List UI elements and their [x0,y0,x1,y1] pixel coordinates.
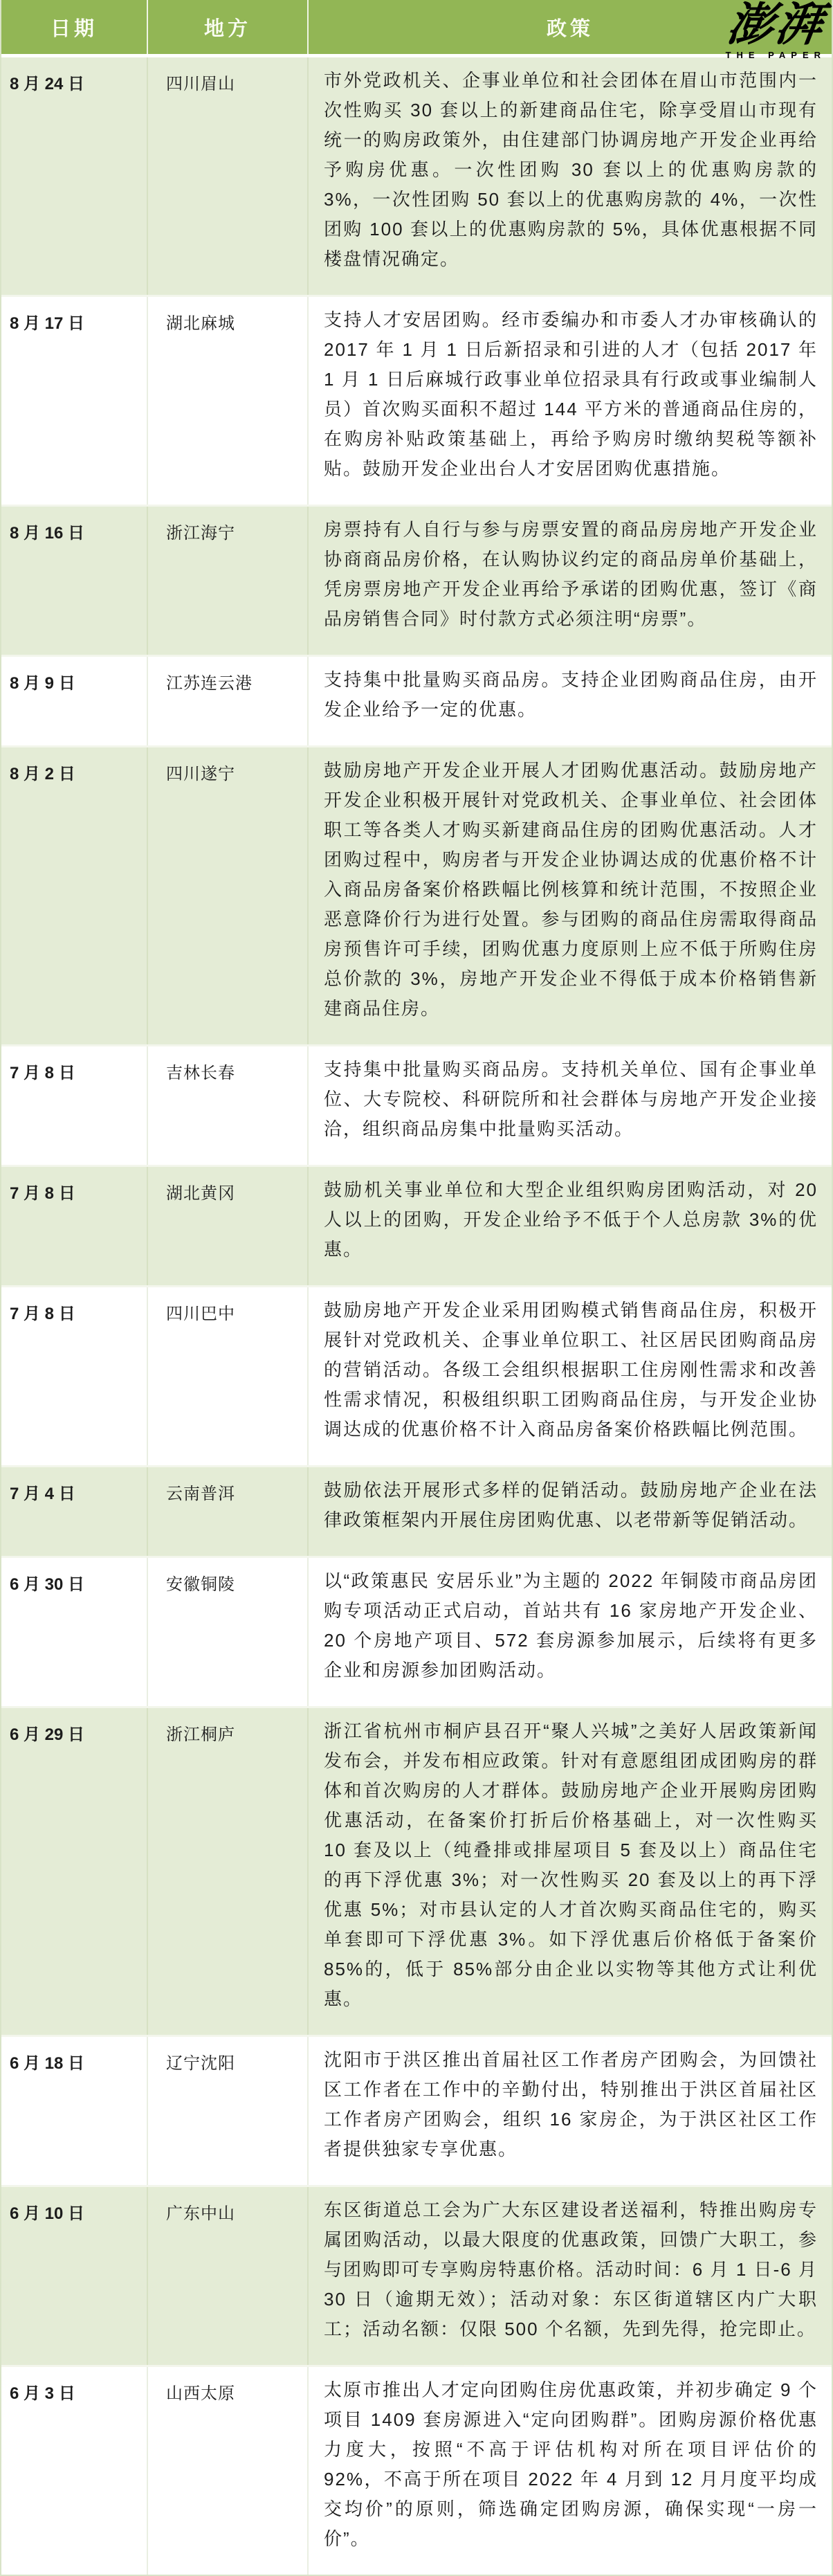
policy-cell: 支持人才安居团购。经市委编办和市委人才办审核确认的 2017 年 1 月 1 日… [309,297,832,505]
policy-cell: 鼓励机关事业单位和大型企业组织购房团购活动，对 20 人以上的团购，开发企业给予… [309,1167,832,1285]
date-cell: 8 月 16 日 [1,507,148,655]
table-row: 7 月 4 日 云南普洱 鼓励依法开展形式多样的促销活动。鼓励房地产企业在法律政… [1,1465,832,1556]
policy-cell: 太原市推出人才定向团购住房优惠政策，并初步确定 9 个项目 1409 套房源进入… [309,2367,832,2575]
date-cell: 6 月 10 日 [1,2187,148,2365]
policy-cell: 鼓励房地产开发企业采用团购模式销售商品住房，积极开展针对党政机关、企事业单位职工… [309,1287,832,1465]
date-cell: 7 月 4 日 [1,1467,148,1556]
policy-cell: 东区街道总工会为广大东区建设者送福利，特推出购房专属团购活动，以最大限度的优惠政… [309,2187,832,2365]
header-policy: 政策 [309,0,832,54]
date-cell: 7 月 8 日 [1,1287,148,1465]
policy-cell: 房票持有人自行与参与房票安置的商品房房地产开发企业协商商品房价格，在认购协议约定… [309,507,832,655]
header-place: 地方 [148,0,309,54]
table-row: 7 月 8 日 湖北黄冈 鼓励机关事业单位和大型企业组织购房团购活动，对 20 … [1,1165,832,1285]
date-cell: 7 月 8 日 [1,1046,148,1165]
table-row: 8 月 9 日 江苏连云港 支持集中批量购买商品房。支持企业团购商品住房，由开发… [1,655,832,745]
place-cell: 辽宁沈阳 [148,2037,309,2185]
place-cell: 湖北麻城 [148,297,309,505]
policy-cell: 支持集中批量购买商品房。支持机关单位、国有企事业单位、大专院校、科研院所和社会群… [309,1046,832,1165]
policy-table: 日期 地方 政策 8 月 24 日 四川眉山 市外党政机关、企事业单位和社会团体… [0,0,833,2576]
table-row: 6 月 3 日 山西太原 太原市推出人才定向团购住房优惠政策，并初步确定 9 个… [1,2365,832,2575]
table-row: 8 月 17 日 湖北麻城 支持人才安居团购。经市委编办和市委人才办审核确认的 … [1,295,832,505]
place-cell: 云南普洱 [148,1467,309,1556]
place-cell: 四川眉山 [148,57,309,295]
table-row: 8 月 2 日 四川遂宁 鼓励房地产开发企业开展人才团购优惠活动。鼓励房地产开发… [1,745,832,1044]
policy-cell: 市外党政机关、企事业单位和社会团体在眉山市范围内一次性购买 30 套以上的新建商… [309,57,832,295]
policy-cell: 以“政策惠民 安居乐业”为主题的 2022 年铜陵市商品房团购专项活动正式启动，… [309,1558,832,1706]
place-cell: 四川遂宁 [148,747,309,1044]
policy-cell: 鼓励房地产开发企业开展人才团购优惠活动。鼓励房地产开发企业积极开展针对党政机关、… [309,747,832,1044]
header-date: 日期 [1,0,148,54]
table-header-row: 日期 地方 政策 [1,0,832,57]
place-cell: 山西太原 [148,2367,309,2575]
place-cell: 江苏连云港 [148,657,309,745]
place-cell: 湖北黄冈 [148,1167,309,1285]
date-cell: 8 月 24 日 [1,57,148,295]
table-row: 6 月 30 日 安徽铜陵 以“政策惠民 安居乐业”为主题的 2022 年铜陵市… [1,1556,832,1706]
date-cell: 8 月 9 日 [1,657,148,745]
table-row: 8 月 24 日 四川眉山 市外党政机关、企事业单位和社会团体在眉山市范围内一次… [1,57,832,295]
table-row: 7 月 8 日 四川巴中 鼓励房地产开发企业采用团购模式销售商品住房，积极开展针… [1,1285,832,1465]
place-cell: 四川巴中 [148,1287,309,1465]
date-cell: 7 月 8 日 [1,1167,148,1285]
policy-cell: 沈阳市于洪区推出首届社区工作者房产团购会，为回馈社区工作者在工作中的辛勤付出，特… [309,2037,832,2185]
date-cell: 6 月 3 日 [1,2367,148,2575]
date-cell: 6 月 29 日 [1,1708,148,2035]
policy-cell: 支持集中批量购买商品房。支持企业团购商品住房，由开发企业给予一定的优惠。 [309,657,832,745]
table-row: 6 月 29 日 浙江桐庐 浙江省杭州市桐庐县召开“聚人兴城”之美好人居政策新闻… [1,1706,832,2035]
table-row: 7 月 8 日 吉林长春 支持集中批量购买商品房。支持机关单位、国有企事业单位、… [1,1044,832,1165]
table-body: 8 月 24 日 四川眉山 市外党政机关、企事业单位和社会团体在眉山市范围内一次… [1,57,832,2575]
place-cell: 浙江海宁 [148,507,309,655]
date-cell: 8 月 17 日 [1,297,148,505]
date-cell: 6 月 30 日 [1,1558,148,1706]
place-cell: 吉林长春 [148,1046,309,1165]
policy-cell: 鼓励依法开展形式多样的促销活动。鼓励房地产企业在法律政策框架内开展住房团购优惠、… [309,1467,832,1556]
date-cell: 8 月 2 日 [1,747,148,1044]
place-cell: 安徽铜陵 [148,1558,309,1706]
date-cell: 6 月 18 日 [1,2037,148,2185]
table-row: 8 月 16 日 浙江海宁 房票持有人自行与参与房票安置的商品房房地产开发企业协… [1,505,832,655]
policy-cell: 浙江省杭州市桐庐县召开“聚人兴城”之美好人居政策新闻发布会，并发布相应政策。针对… [309,1708,832,2035]
table-row: 6 月 10 日 广东中山 东区街道总工会为广大东区建设者送福利，特推出购房专属… [1,2185,832,2365]
table-row: 6 月 18 日 辽宁沈阳 沈阳市于洪区推出首届社区工作者房产团购会，为回馈社区… [1,2035,832,2185]
place-cell: 广东中山 [148,2187,309,2365]
place-cell: 浙江桐庐 [148,1708,309,2035]
